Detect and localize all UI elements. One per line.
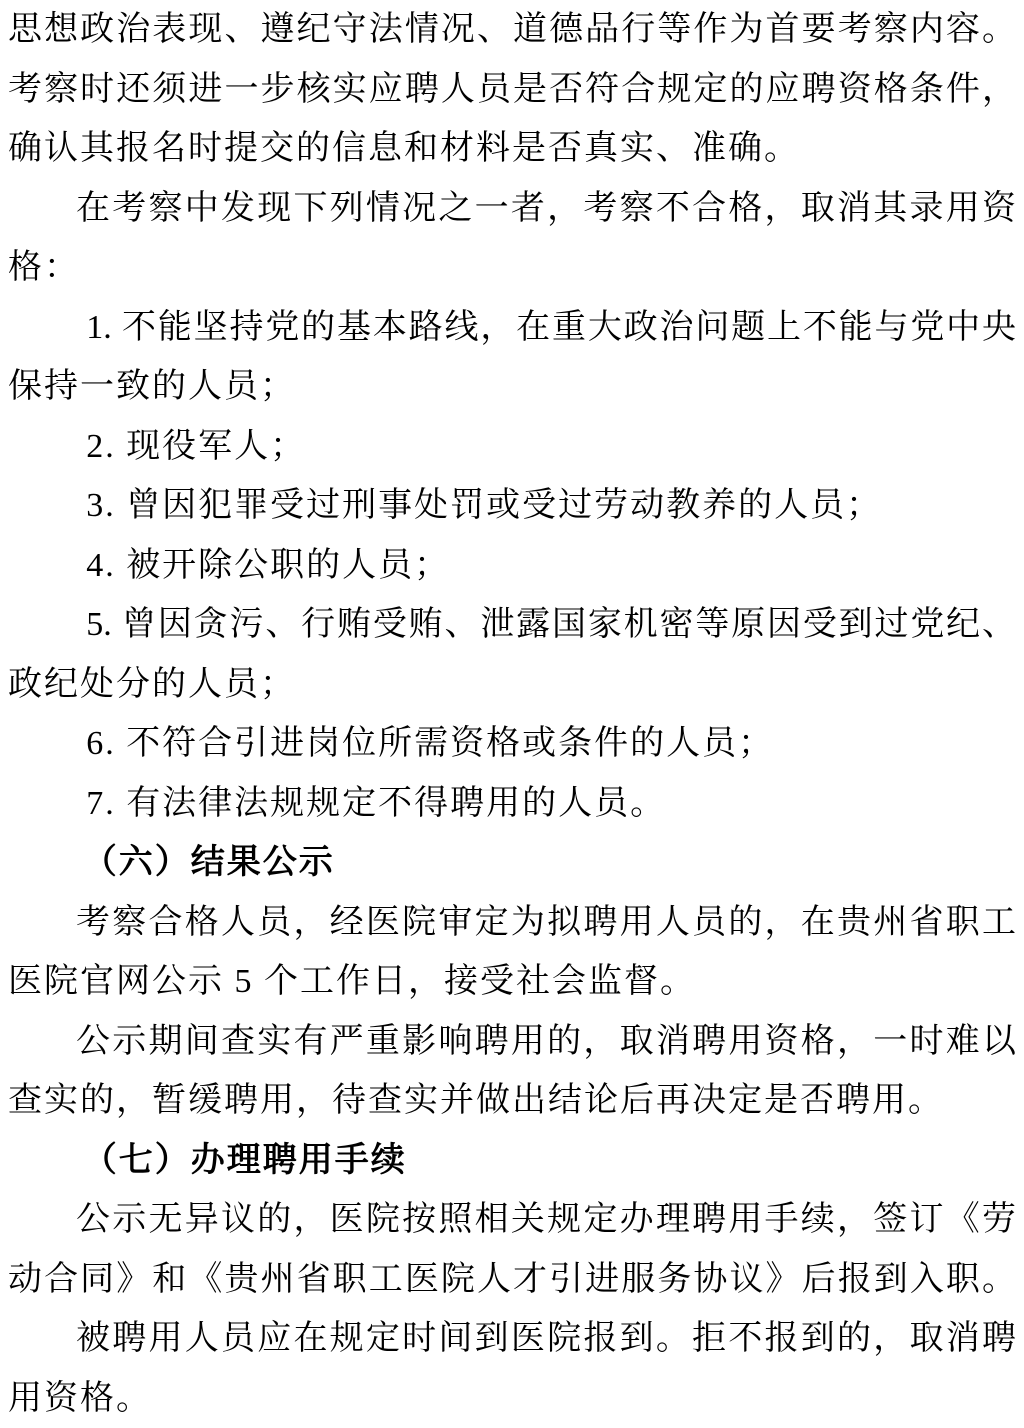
paragraph-line: 查实的，暂缓聘用，待查实并做出结论后再决定是否聘用。 (8, 1071, 1016, 1131)
section-heading: （七）办理聘用手续 (8, 1131, 1016, 1191)
paragraph-line: 被聘用人员应在规定时间到医院报到。拒不报到的，取消聘 (8, 1309, 1016, 1369)
paragraph-line: 考察时还须进一步核实应聘人员是否符合规定的应聘资格条件， (8, 60, 1016, 120)
list-item-line: 2. 现役军人； (8, 417, 1016, 477)
paragraph-line: 考察合格人员，经医院审定为拟聘用人员的，在贵州省职工 (8, 893, 1016, 953)
paragraph-line: 用资格。 (8, 1369, 1016, 1428)
paragraph-line: 格： (8, 238, 1016, 298)
paragraph-line: 思想政治表现、遵纪守法情况、道德品行等作为首要考察内容。 (8, 0, 1016, 60)
paragraph-line: 公示期间查实有严重影响聘用的，取消聘用资格，一时难以 (8, 1012, 1016, 1072)
list-item-line: 政纪处分的人员； (8, 655, 1016, 715)
paragraph-line: 公示无异议的，医院按照相关规定办理聘用手续，签订《劳 (8, 1190, 1016, 1250)
list-item-line: 6. 不符合引进岗位所需资格或条件的人员； (8, 714, 1016, 774)
paragraph-line: 在考察中发现下列情况之一者，考察不合格，取消其录用资 (8, 179, 1016, 239)
document-page: 思想政治表现、遵纪守法情况、道德品行等作为首要考察内容。 考察时还须进一步核实应… (0, 0, 1024, 1428)
paragraph-line: 动合同》和《贵州省职工医院人才引进服务协议》后报到入职。 (8, 1250, 1016, 1310)
list-item-line: 7. 有法律法规规定不得聘用的人员。 (8, 774, 1016, 834)
paragraph-line: 确认其报名时提交的信息和材料是否真实、准确。 (8, 119, 1016, 179)
list-item-line: 4. 被开除公职的人员； (8, 536, 1016, 596)
list-item-line: 1. 不能坚持党的基本路线，在重大政治问题上不能与党中央 (8, 298, 1016, 358)
list-item-line: 保持一致的人员； (8, 357, 1016, 417)
section-heading: （六）结果公示 (8, 833, 1016, 893)
list-item-line: 3. 曾因犯罪受过刑事处罚或受过劳动教养的人员； (8, 476, 1016, 536)
paragraph-line: 医院官网公示 5 个工作日，接受社会监督。 (8, 952, 1016, 1012)
list-item-line: 5. 曾因贪污、行贿受贿、泄露国家机密等原因受到过党纪、 (8, 595, 1016, 655)
